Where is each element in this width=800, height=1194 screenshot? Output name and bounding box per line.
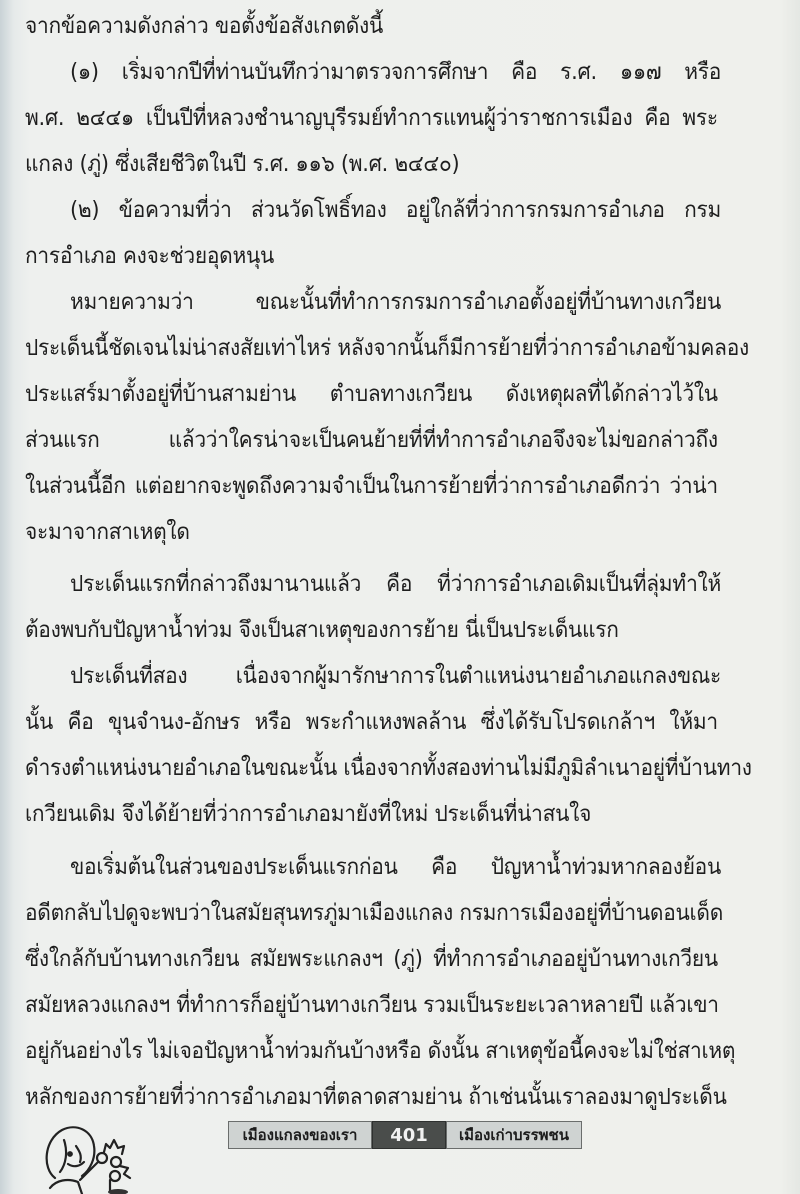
text-line: จะมาจากสาเหตุใด bbox=[25, 517, 718, 547]
text-line: พ.ศ. ๒๔๔๑ เป็นปีที่หลวงชำนาญบุรีรมย์ทำกา… bbox=[25, 103, 718, 133]
cartoon-illustration bbox=[20, 1118, 140, 1194]
page-footer: เมืองแกลงของเรา 401 เมืองเก่าบรรพชน bbox=[228, 1121, 582, 1149]
book-title: เมืองแกลงของเรา bbox=[228, 1121, 372, 1149]
page-number: 401 bbox=[372, 1121, 446, 1149]
text-line: ประแสร์มาตั้งอยู่ที่บ้านสามย่าน ตำบลทางเ… bbox=[25, 379, 718, 409]
text-line: อดีตกลับไปดูจะพบว่าในสมัยสุนทรภู่มาเมือง… bbox=[25, 898, 718, 928]
woman-with-flowers-icon bbox=[20, 1118, 140, 1194]
chapter-title: เมืองเก่าบรรพชน bbox=[446, 1121, 582, 1149]
text-line: สมัยหลวงแกลงฯ ที่ทำการก็อยู่บ้านทางเกวีย… bbox=[25, 990, 718, 1020]
text-line: แกลง (ภู่) ซึ่งเสียชีวิตในปี ร.ศ. ๑๑๖ (พ… bbox=[25, 149, 718, 179]
text-line: การอำเภอ คงจะช่วยอุดหนุน bbox=[25, 241, 718, 271]
text-line: หลักของการย้ายที่ว่าการอำเภอมาที่ตลาดสาม… bbox=[25, 1082, 718, 1112]
text-line: (๑) เริ่มจากปีที่ท่านบันทึกว่ามาตรวจการศ… bbox=[70, 57, 721, 87]
text-line: ประเด็นนี้ชัดเจนไม่น่าสงสัยเท่าไหร่ หลัง… bbox=[25, 333, 718, 363]
text-line: ต้องพบกับปัญหาน้ำท่วม จึงเป็นสาเหตุของกา… bbox=[25, 615, 718, 645]
text-line: ส่วนแรก แล้วว่าใครน่าจะเป็นคนย้ายที่ที่ท… bbox=[25, 425, 718, 455]
text-line: (๒) ข้อความที่ว่า ส่วนวัดโพธิ์ทอง อยู่ใก… bbox=[70, 195, 721, 225]
book-page: จากข้อความดังกล่าว ขอตั้งข้อสังเกตดังนี้… bbox=[0, 0, 800, 1194]
text-line: หมายความว่า ขณะนั้นที่ทำการกรมการอำเภอตั… bbox=[70, 287, 721, 317]
text-line: ซึ่งใกล้กับบ้านทางเกวียน สมัยพระแกลงฯ (ภ… bbox=[25, 944, 718, 974]
text-line: อยู่กันอย่างไร ไม่เจอปัญหาน้ำท่วมกันบ้าง… bbox=[25, 1036, 718, 1066]
text-line: ประเด็นที่สอง เนื่องจากผู้มารักษาการในตำ… bbox=[70, 661, 721, 691]
text-line: ดำรงตำแหน่งนายอำเภอในขณะนั้น เนื่องจากทั… bbox=[25, 753, 718, 783]
text-line: นั้น คือ ขุนจำนง-อักษร หรือ พระกำแหงพลล้… bbox=[25, 707, 718, 737]
text-line: จากข้อความดังกล่าว ขอตั้งข้อสังเกตดังนี้ bbox=[25, 11, 718, 41]
text-line: ประเด็นแรกที่กล่าวถึงมานานแล้ว คือ ที่ว่… bbox=[70, 569, 721, 599]
text-line: เกวียนเดิม จึงได้ย้ายที่ว่าการอำเภอมายัง… bbox=[25, 799, 718, 829]
text-line: ในส่วนนี้อีก แต่อยากจะพูดถึงความจำเป็นใน… bbox=[25, 471, 718, 501]
text-line: ขอเริ่มต้นในส่วนของประเด็นแรกก่อน คือ ปั… bbox=[70, 852, 721, 882]
